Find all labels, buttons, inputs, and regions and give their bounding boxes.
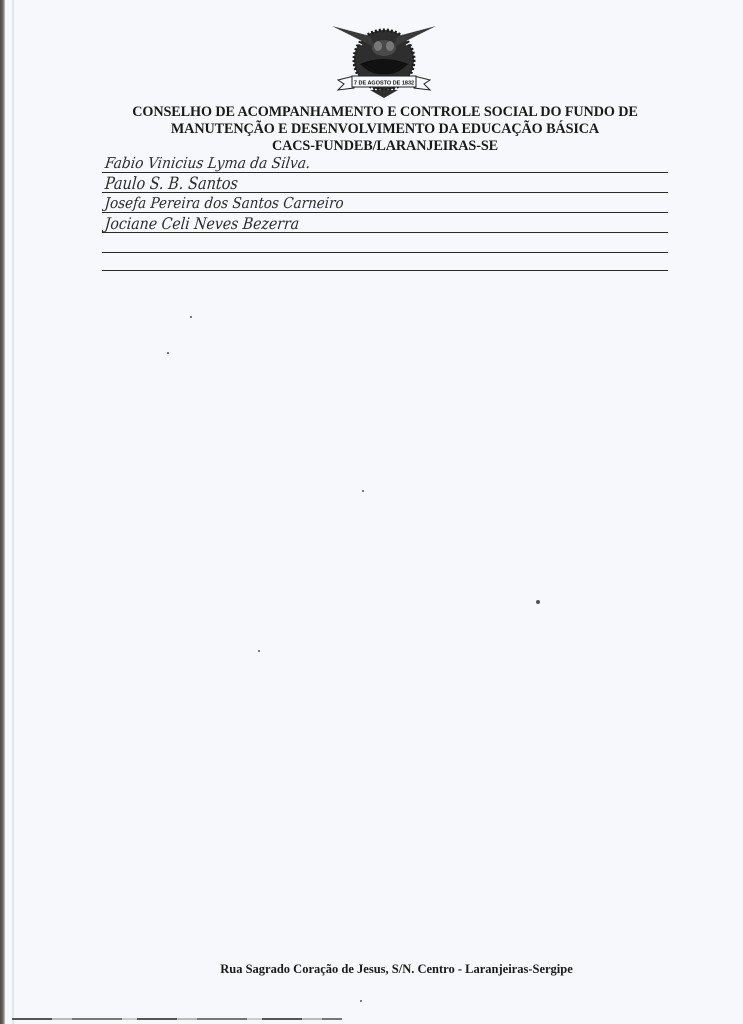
footer-address: Rua Sagrado Coração de Jesus, S/N. Centr… (220, 962, 573, 977)
scan-speck (360, 1000, 362, 1002)
document-footer: Rua Sagrado Coração de Jesus, S/N. Centr… (0, 962, 743, 977)
scan-speck (362, 490, 364, 492)
header-line-1: CONSELHO DE ACOMPANHAMENTO E CONTROLE SO… (100, 104, 670, 121)
eagle-emblem-icon: 7 DE AGOSTO DE 1832 (330, 18, 438, 100)
ruled-line (102, 270, 668, 271)
header-line-3: CACS-FUNDEB/LARANJEIRAS-SE (100, 138, 670, 155)
svg-text:7 DE AGOSTO DE 1832: 7 DE AGOSTO DE 1832 (354, 81, 414, 87)
ruled-line (102, 252, 668, 253)
signature-1: Fabio Vinicius Lyma da Silva. (104, 154, 312, 172)
ruled-line (102, 212, 668, 213)
ruled-line (102, 172, 668, 173)
scan-speck (536, 600, 540, 604)
signature-4: Jociane Celi Neves Bezerra (104, 214, 300, 233)
scan-bottom-artifact (12, 1018, 342, 1020)
signature-3: Josefa Pereira dos Santos Carneiro (104, 194, 344, 212)
document-page: 7 DE AGOSTO DE 1832 CONSELHO DE ACOMPANH… (0, 0, 743, 1024)
scan-speck (258, 650, 260, 652)
header-line-2: MANUTENÇÃO E DESENVOLVIMENTO DA EDUCAÇÃO… (100, 121, 670, 138)
signature-2: Paulo S. B. Santos (104, 174, 239, 194)
document-header: CONSELHO DE ACOMPANHAMENTO E CONTROLE SO… (100, 104, 670, 155)
scan-speck (167, 352, 169, 354)
scan-speck (190, 316, 192, 318)
